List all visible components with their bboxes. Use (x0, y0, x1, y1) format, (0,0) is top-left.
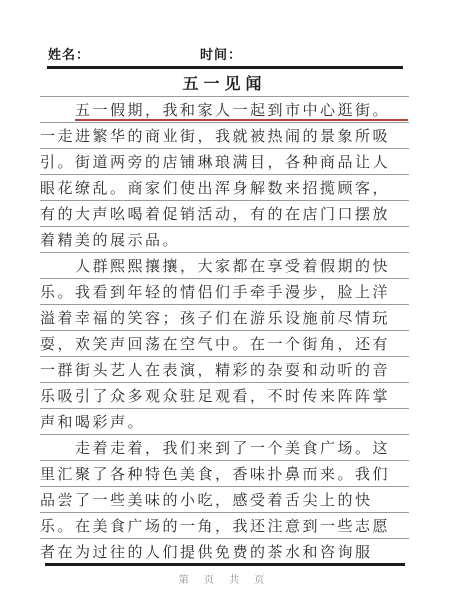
essay-line: 溢着幸福的笑容；孩子们在游乐设施前尽情玩 (40, 305, 409, 331)
essay-line: 里汇聚了各种特色美食，香味扑鼻而来。我们 (40, 461, 409, 487)
ruled-sheet: 五一见闻 五一假期，我和家人一起到市中心逛街。 一走进繁华的商业街，我就被热闹的… (40, 69, 409, 565)
essay-line: 乐吸引了众多观众驻足观看，不时传来阵阵掌 (40, 383, 409, 409)
essay-line: 品尝了一些美味的小吃，感受着舌尖上的快 (40, 487, 409, 513)
essay-line: 一群街头艺人在表演，精彩的杂耍和动听的音 (40, 357, 409, 383)
name-field-label: 姓名： (48, 44, 90, 63)
essay-line: 着精美的展示品。 (40, 227, 409, 253)
time-field-label: 时间： (200, 44, 242, 63)
essay-line: 一走进繁华的商业街，我就被热闹的景象所吸 (40, 123, 409, 149)
essay-line: 走着走着，我们来到了一个美食广场。这 (40, 435, 409, 461)
essay-line: 有的大声吆喝着促销活动，有的在店门口摆放 (40, 201, 409, 227)
essay-line: 乐。我看到年轻的情侣们手牵手漫步，脸上洋 (40, 279, 409, 305)
page-number-label: 第 页 共 页 (40, 571, 409, 586)
essay-line: 者在为过往的人们提供免费的茶水和咨询服 (40, 539, 409, 565)
essay-line: 五一假期，我和家人一起到市中心逛街。 (40, 97, 409, 123)
essay-line-text: 五一假期，我和家人一起到市中心逛街。 (75, 101, 390, 119)
essay-line: 乐。在美食广场的一角，我还注意到一些志愿 (40, 513, 409, 539)
essay-line: 声和喝彩声。 (40, 409, 409, 435)
footer-divider (45, 563, 405, 566)
red-underline (75, 119, 408, 121)
essay-title: 五一见闻 (40, 69, 409, 97)
essay-line: 人群熙熙攘攘，大家都在享受着假期的快 (40, 253, 409, 279)
essay-line: 眼花缭乱。商家们使出浑身解数来招揽顾客， (40, 175, 409, 201)
worksheet-page: 姓名： 时间： 五一见闻 五一假期，我和家人一起到市中心逛街。 一走进繁华的商业… (0, 0, 449, 600)
essay-line: 耍，欢笑声回荡在空气中。在一个街角，还有 (40, 331, 409, 357)
essay-line: 引。街道两旁的店铺琳琅满目，各种商品让人 (40, 149, 409, 175)
